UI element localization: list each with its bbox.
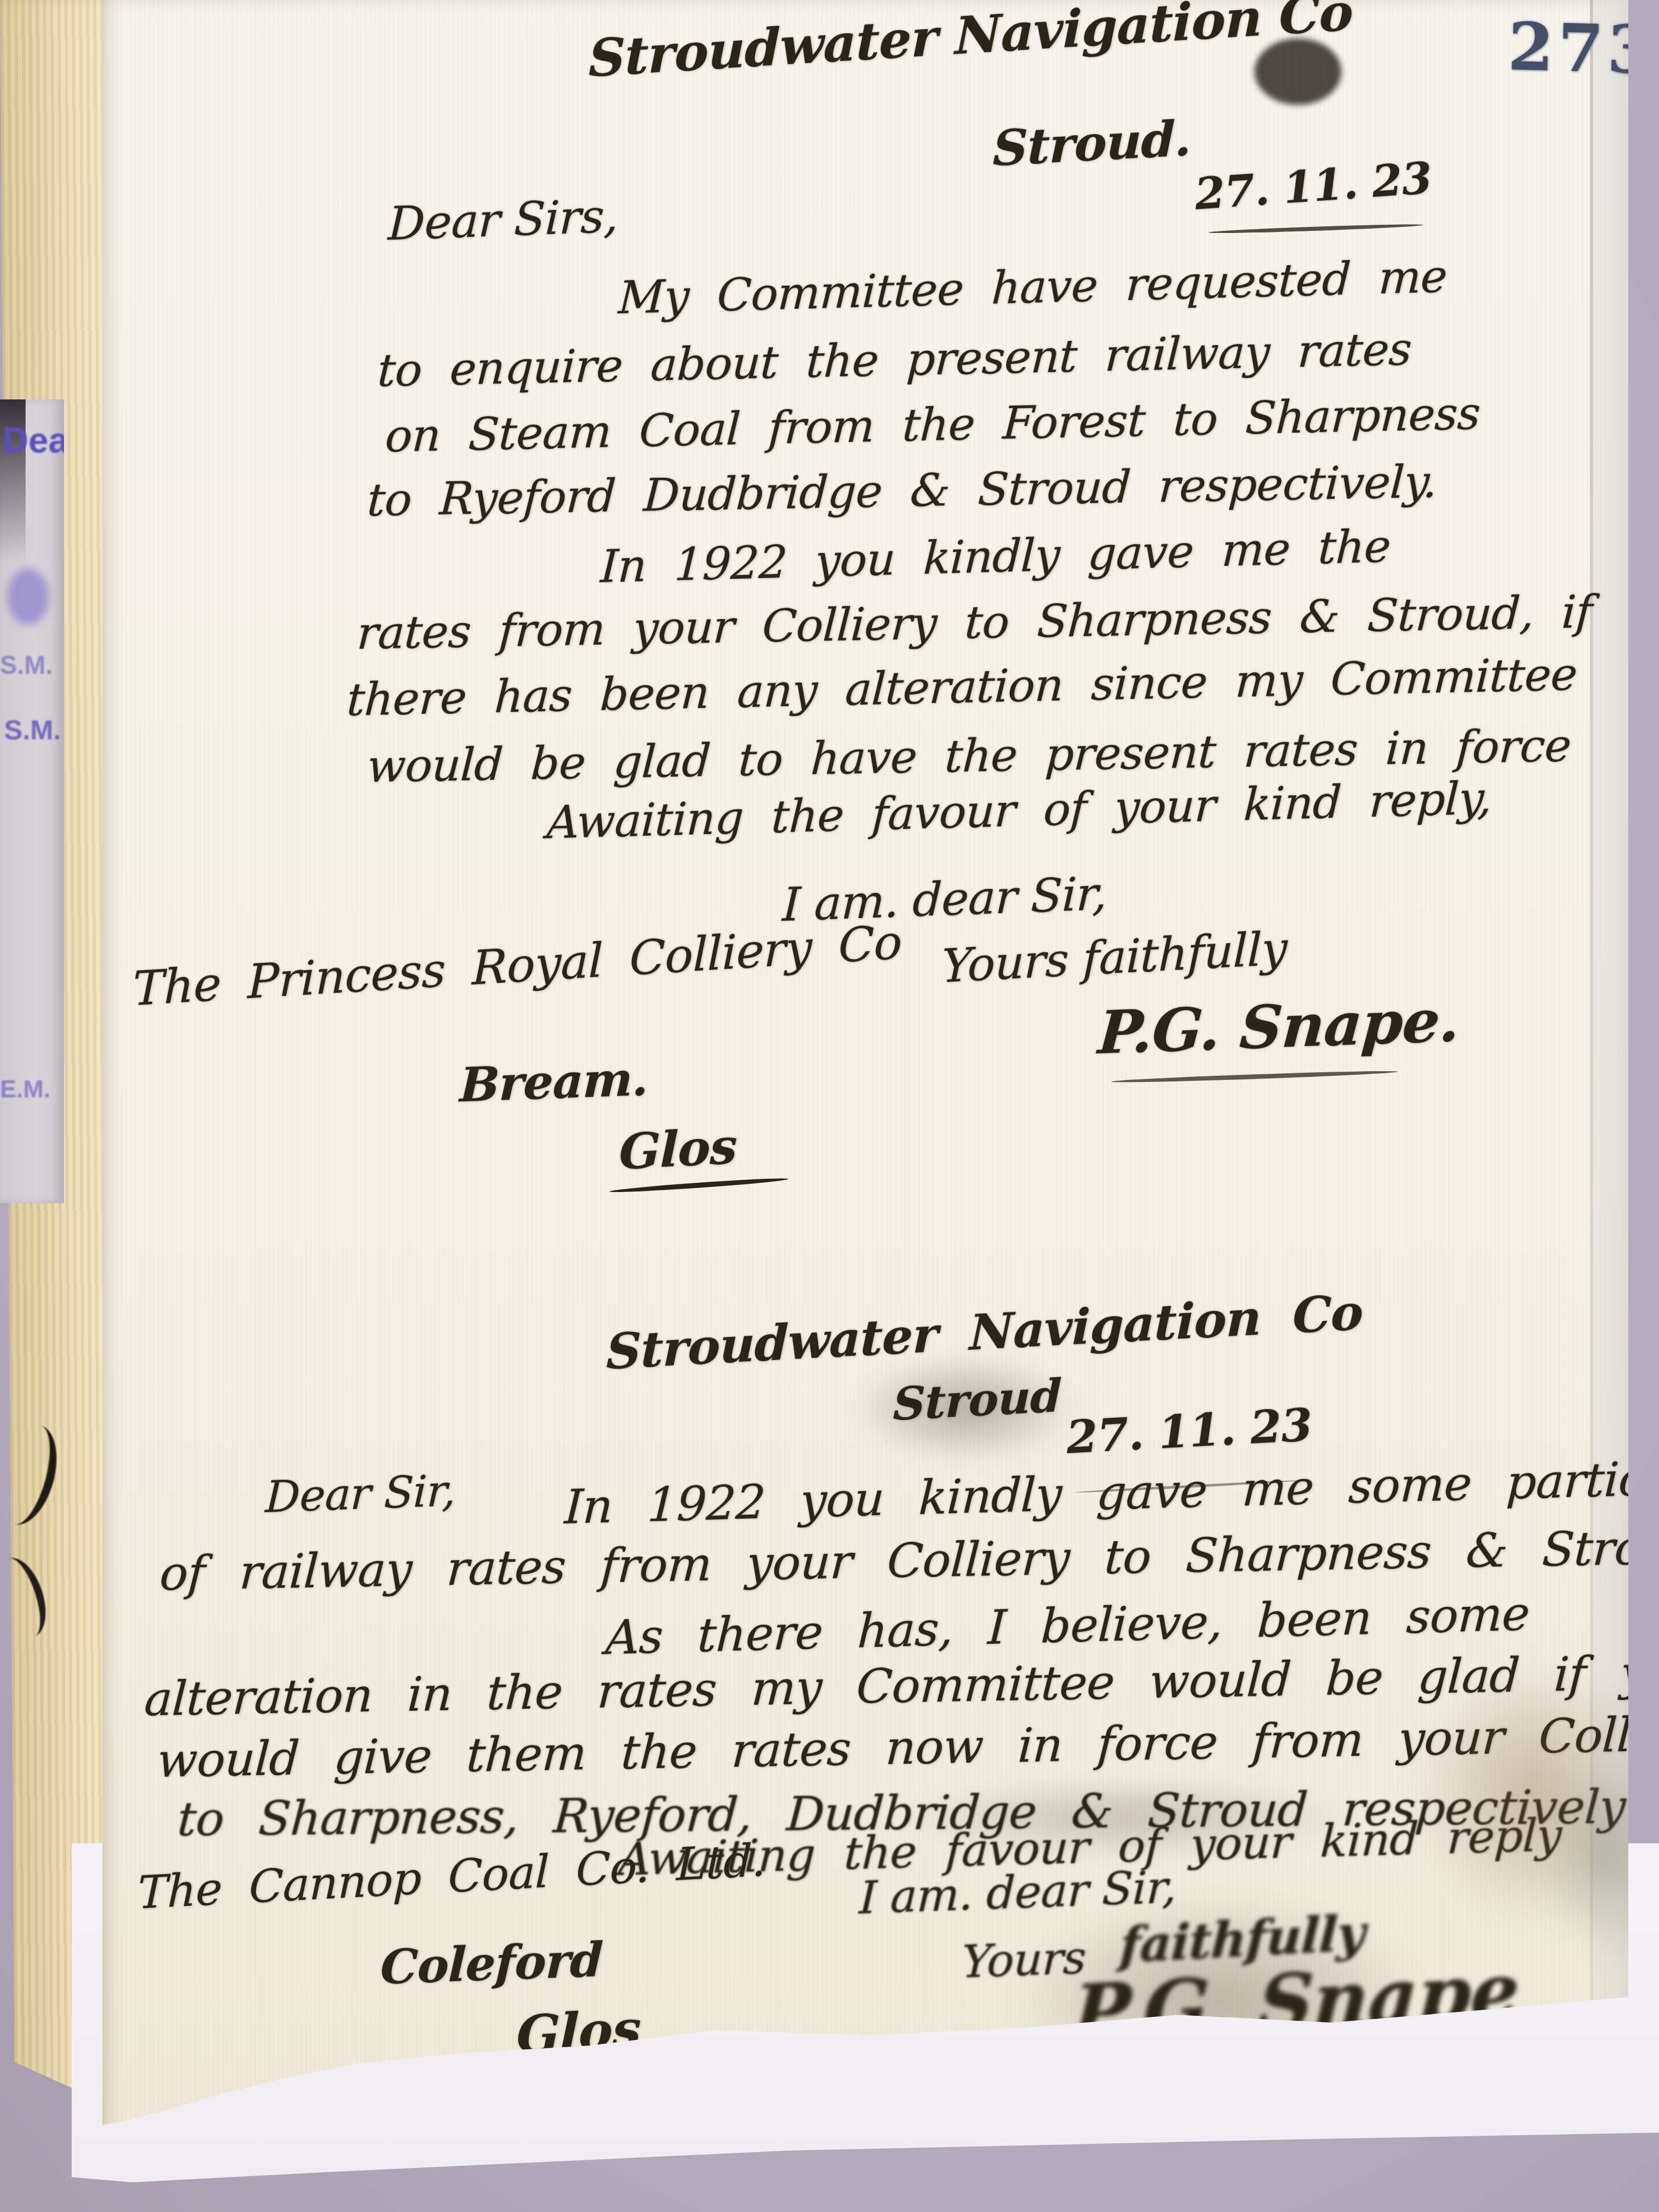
purple-stamp-fragment-3: S.M. — [4, 714, 61, 746]
letter1-addressee-town: Bream. — [459, 1051, 649, 1113]
letter1-addressee-county: Glos — [619, 1118, 737, 1181]
letter1-addressee-name: The Princess Royal Colliery Co — [133, 914, 902, 1016]
right-page-edge — [1593, 0, 1628, 2007]
letter1-signature: P.G. Snape. — [1096, 986, 1462, 1068]
letter1-company-heading: Stroudwater Navigation Co — [588, 0, 1353, 89]
letter2-place: Stroud — [892, 1369, 1061, 1431]
letter1-date-underline — [1208, 223, 1423, 235]
letter1-place: Stroud. — [992, 110, 1192, 178]
letter1-salutation: Dear Sirs, — [387, 189, 619, 251]
letter2-closing-valediction: Yours — [961, 1931, 1087, 1989]
letter1-closing-valediction: Yours faithfully — [941, 922, 1287, 994]
letter1-body-line: to enquire about the present railway rat… — [376, 323, 1413, 397]
letter2-date: 27. 11. 23 — [1065, 1398, 1313, 1464]
letter1-body-line: rates from your Colliery to Sharpness & … — [356, 585, 1593, 660]
letter1-body-line: there has been any alteration since my C… — [346, 648, 1578, 726]
letter1-body-line: In 1922 you kindly gave me the — [599, 520, 1391, 593]
letter2-closing-acknowledgement: I am. dear Sir, — [858, 1860, 1177, 1924]
letter1-body-line: on Steam Coal from the Forest to Sharpne… — [384, 387, 1481, 462]
letter2-addressee-town: Coleford — [379, 1932, 603, 1995]
purple-stamp-fragment-1: Dea — [3, 420, 64, 461]
letter1-body-line: to Ryeford Dudbridge & Stroud respective… — [366, 455, 1438, 527]
previous-page-sliver: Dea S.M. S.M. E.M. — [0, 399, 64, 1203]
purple-stamp-fragment-4: E.M. — [0, 1075, 51, 1103]
letter1-body-line: My Committee have requested me — [617, 250, 1448, 325]
letter2-salutation: Dear Sir, — [265, 1465, 457, 1523]
ink-blot — [1254, 38, 1342, 105]
scanned-letterbook-page: Dea S.M. S.M. E.M. 273 Stroudwater Navig… — [0, 0, 1659, 2212]
page-number-stamp: 273 — [1507, 8, 1658, 89]
letterbook-leaf: 273 Stroudwater Navigation Co Stroud. 27… — [102, 0, 1628, 2151]
letter1-signature-underline — [1111, 1069, 1398, 1084]
purple-stamp-fragment-2: S.M. — [0, 650, 53, 680]
letter2-company-heading: Stroudwater Navigation Co — [606, 1284, 1363, 1381]
purple-stamp-blob — [8, 568, 49, 625]
letter1-date: 27. 11. 23 — [1193, 153, 1433, 220]
